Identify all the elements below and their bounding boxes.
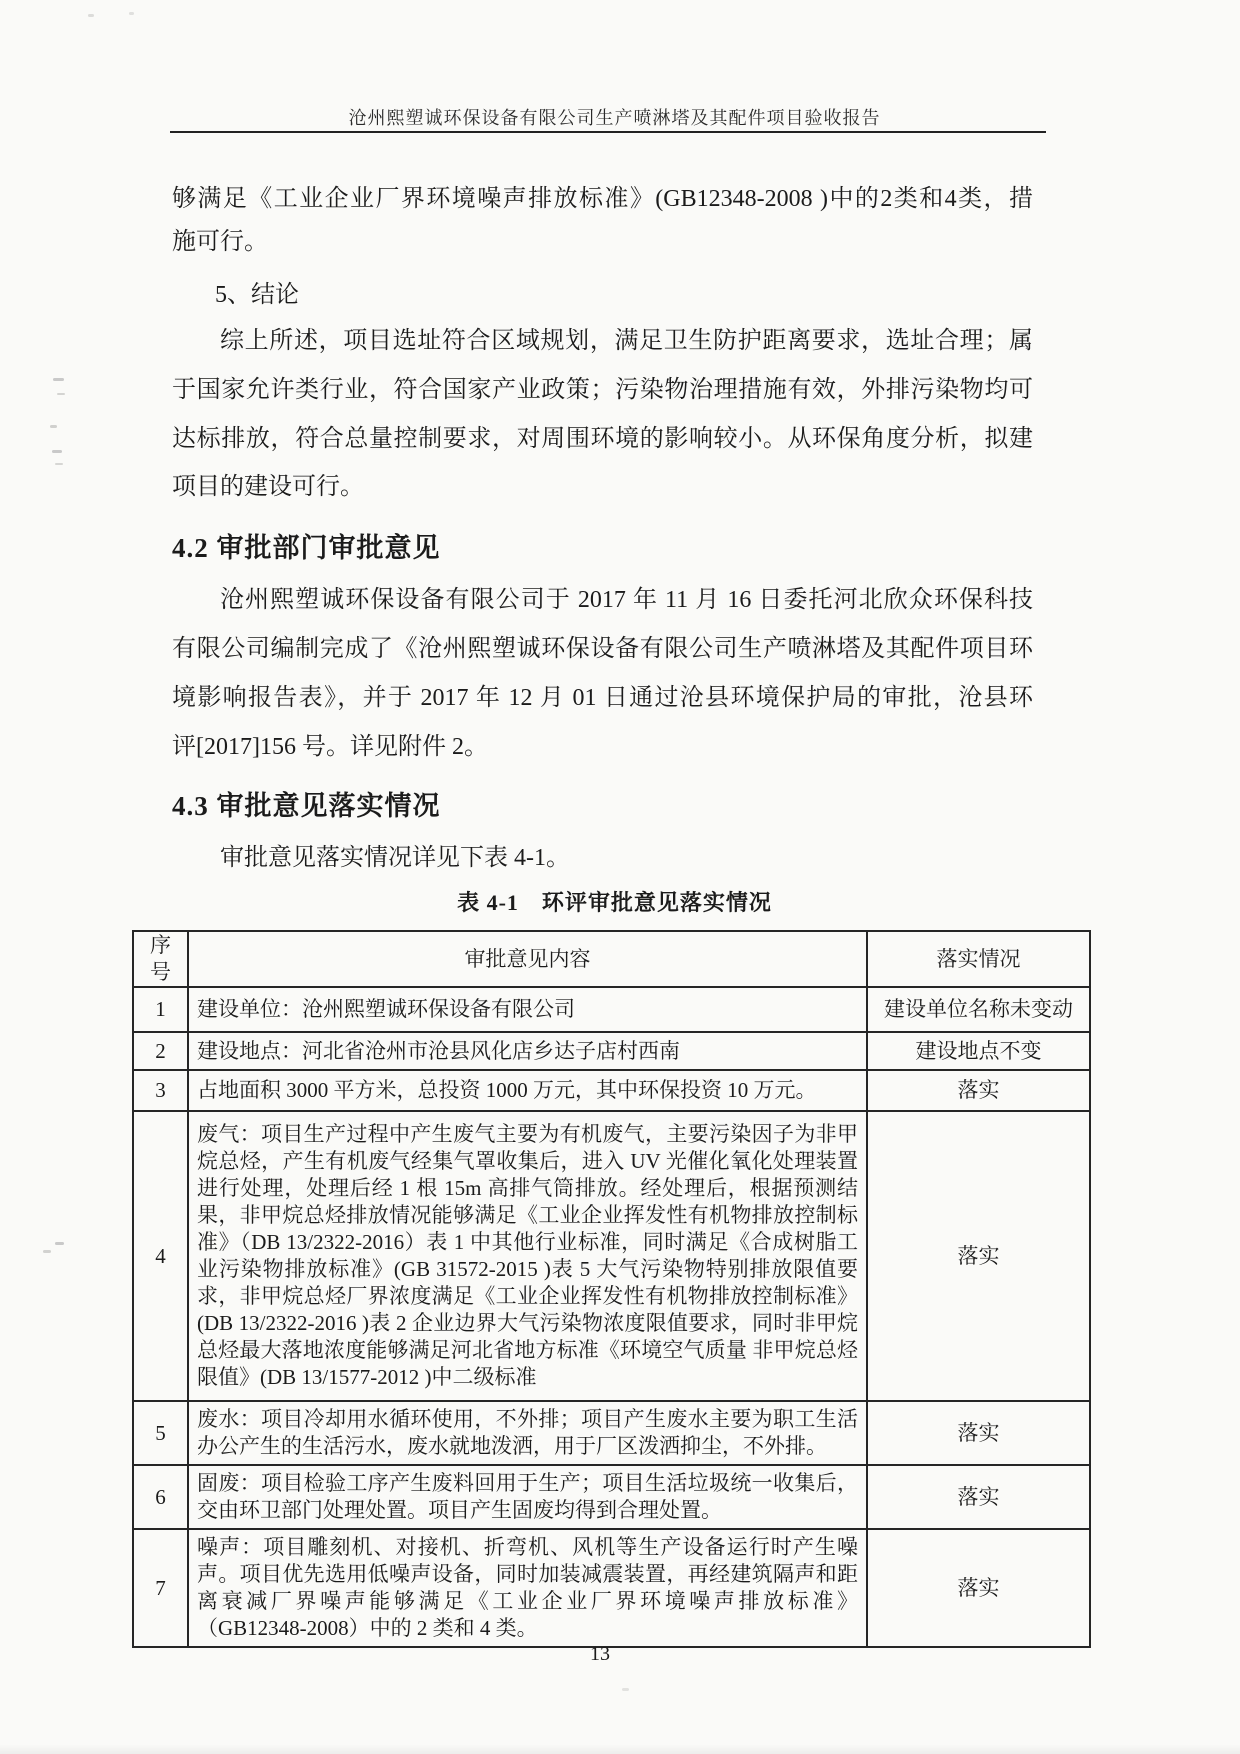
paragraph-line: 审批意见落实情况详见下表 4-1。 xyxy=(172,843,1033,874)
scan-artifact xyxy=(88,14,94,17)
col-header-content: 审批意见内容 xyxy=(188,931,867,987)
row-no: 6 xyxy=(133,1465,188,1529)
row-content: 固废：项目检验工序产生废料回用于生产；项目生活垃圾统一收集后，交由环卫部门处理处… xyxy=(188,1465,867,1529)
scan-artifact xyxy=(53,378,64,381)
table-row: 1 建设单位：沧州熙塑诚环保设备有限公司 建设单位名称未变动 xyxy=(133,987,1090,1032)
table-row: 7 噪声：项目雕刻机、对接机、折弯机、风机等生产设备运行时产生噪声。项目优先选用… xyxy=(133,1529,1090,1647)
paragraph-line: 施可行。 xyxy=(172,227,1033,258)
paragraph-line: 境影响报告表》，并于 2017 年 12 月 01 日通过沧县环境保护局的审批，… xyxy=(172,683,1033,714)
scan-artifact xyxy=(55,463,63,465)
scan-artifact xyxy=(57,393,65,395)
scan-artifact xyxy=(129,12,134,15)
paragraph-line: 评[2017]156 号。详见附件 2。 xyxy=(172,732,1033,763)
table-row: 4 废气：项目生产过程中产生废气主要为有机废气，主要污染因子为非甲烷总烃，产生有… xyxy=(133,1111,1090,1401)
table-row: 2 建设地点：河北省沧州市沧县风化店乡达子店村西南 建设地点不变 xyxy=(133,1032,1090,1070)
paragraph-line: 有限公司编制完成了《沧州熙塑诚环保设备有限公司生产喷淋塔及其配件项目环 xyxy=(172,634,1033,665)
row-no: 7 xyxy=(133,1529,188,1647)
row-status: 建设单位名称未变动 xyxy=(867,987,1090,1032)
paragraph-line: 项目的建设可行。 xyxy=(172,472,1033,503)
row-status: 落实 xyxy=(867,1529,1090,1647)
table-caption: 表 4-1 环评审批意见落实情况 xyxy=(0,886,1229,917)
scanned-report-page: 沧州熙塑诚环保设备有限公司生产喷淋塔及其配件项目验收报告 够满足《工业企业厂界环… xyxy=(0,0,1240,1754)
page-number: 13 xyxy=(0,1643,1200,1666)
paragraph-line: 达标排放，符合总量控制要求，对周围环境的影响较小。从环保角度分析，拟建 xyxy=(172,424,1033,455)
row-status: 落实 xyxy=(867,1465,1090,1529)
col-header-status: 落实情况 xyxy=(867,931,1090,987)
scan-artifact xyxy=(50,425,57,428)
row-content: 噪声：项目雕刻机、对接机、折弯机、风机等生产设备运行时产生噪声。项目优先选用低噪… xyxy=(188,1529,867,1647)
row-no: 1 xyxy=(133,987,188,1032)
section-heading-4-3: 4.3 审批意见落实情况 xyxy=(172,784,441,823)
row-no: 5 xyxy=(133,1401,188,1465)
row-no: 3 xyxy=(133,1070,188,1111)
row-no: 4 xyxy=(133,1111,188,1401)
scan-artifact xyxy=(43,1250,51,1253)
row-content: 占地面积 3000 平方米，总投资 1000 万元，其中环保投资 10 万元。 xyxy=(188,1070,867,1111)
section-heading-4-2: 4.2 审批部门审批意见 xyxy=(172,526,441,565)
table-row: 6 固废：项目检验工序产生废料回用于生产；项目生活垃圾统一收集后，交由环卫部门处… xyxy=(133,1465,1090,1529)
paragraph-line: 沧州熙塑诚环保设备有限公司于 2017 年 11 月 16 日委托河北欣众环保科… xyxy=(172,585,1033,616)
scan-edge-shadow xyxy=(0,1744,1240,1754)
row-status: 落实 xyxy=(867,1401,1090,1465)
table-row: 3 占地面积 3000 平方米，总投资 1000 万元，其中环保投资 10 万元… xyxy=(133,1070,1090,1111)
report-header-title: 沧州熙塑诚环保设备有限公司生产喷淋塔及其配件项目验收报告 xyxy=(0,104,1229,130)
paragraph-line: 够满足《工业企业厂界环境噪声排放标准》(GB12348-2008 )中的2类和4… xyxy=(172,184,1033,215)
row-content: 废水：项目冷却用水循环使用，不外排；项目产生废水主要为职工生活办公产生的生活污水… xyxy=(188,1401,867,1465)
header-rule xyxy=(170,131,1046,133)
row-content: 废气：项目生产过程中产生废气主要为有机废气，主要污染因子为非甲烷总烃，产生有机废… xyxy=(188,1111,867,1401)
approval-implementation-table: 序号 审批意见内容 落实情况 1 建设单位：沧州熙塑诚环保设备有限公司 建设单位… xyxy=(132,930,1091,1648)
table-header-row: 序号 审批意见内容 落实情况 xyxy=(133,931,1090,987)
col-header-no: 序号 xyxy=(133,931,188,987)
paragraph-line: 综上所述，项目选址符合区域规划，满足卫生防护距离要求，选址合理；属 xyxy=(172,326,1033,357)
subheading-conclusion: 5、结论 xyxy=(172,280,1076,311)
row-status: 落实 xyxy=(867,1070,1090,1111)
row-content: 建设地点：河北省沧州市沧县风化店乡达子店村西南 xyxy=(188,1032,867,1070)
table-row: 5 废水：项目冷却用水循环使用，不外排；项目产生废水主要为职工生活办公产生的生活… xyxy=(133,1401,1090,1465)
scan-artifact xyxy=(52,450,62,453)
paragraph-line: 于国家允许类行业，符合国家产业政策；污染物治理措施有效，外排污染物均可 xyxy=(172,375,1033,406)
scan-artifact xyxy=(55,1242,64,1245)
row-content: 建设单位：沧州熙塑诚环保设备有限公司 xyxy=(188,987,867,1032)
scan-artifact xyxy=(622,1688,629,1691)
row-no: 2 xyxy=(133,1032,188,1070)
row-status: 落实 xyxy=(867,1111,1090,1401)
row-status: 建设地点不变 xyxy=(867,1032,1090,1070)
